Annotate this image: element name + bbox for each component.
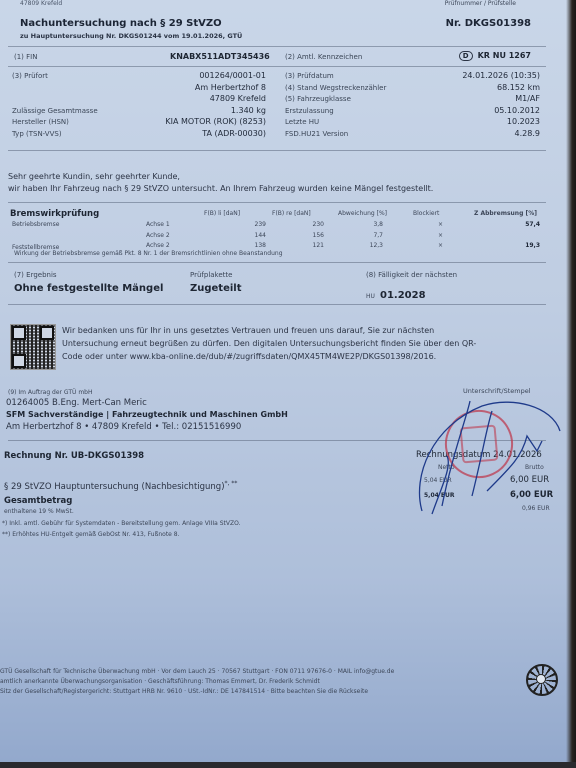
header-partial-right: Prüfnummer / Prüfstelle — [445, 0, 516, 7]
total-brutto: 6,00 EUR — [510, 490, 553, 500]
brake-cell-left: 239 — [255, 221, 266, 228]
examiner-authority: (9) Im Auftrag der GTÜ mbH — [8, 389, 93, 396]
document-number: Nr. DKGS01398 — [446, 18, 531, 29]
footnote-marks: *, ** — [225, 480, 238, 487]
vehicle-detail-label: Erstzulassung — [285, 107, 334, 115]
brake-cell-right: 156 — [313, 232, 324, 239]
document-title: Nachuntersuchung nach § 29 StVZO — [20, 18, 222, 29]
brake-cell-right: 230 — [313, 221, 324, 228]
vehicle-detail-label: (3) Prüfdatum — [285, 72, 334, 80]
total-netto: 5,04 EUR — [424, 492, 454, 499]
examiner-address: Am Herbertzhof 8 • 47809 Krefeld • Tel.:… — [6, 422, 241, 432]
qr-code-icon[interactable] — [10, 324, 56, 370]
brake-column-header: Abweichung [%] — [338, 210, 387, 217]
thanks-line-2: Untersuchung erneut begrüßen zu dürfen. … — [62, 337, 476, 350]
photo-edge-bottom — [0, 762, 576, 768]
thanks-line-3: Code oder unter www.kba-online.de/dub/#/… — [62, 350, 436, 363]
vehicle-detail-value: KIA MOTOR (ROK) (8253) — [165, 117, 266, 126]
header-partial-address: 47809 Krefeld — [20, 0, 62, 7]
vehicle-detail-value: 47809 Krefeld — [210, 94, 266, 103]
vehicle-detail-value: 05.10.2012 — [494, 106, 540, 115]
brake-column-header: F(B) li [daN] — [204, 210, 240, 217]
country-code-badge: D — [459, 51, 473, 61]
examiner-company: SFM Sachverständige | Fahrzeugtechnik un… — [6, 410, 288, 419]
vehicle-detail-label: Typ (TSN-VVS) — [12, 130, 62, 138]
document-subtitle: zu Hauptuntersuchung Nr. DKGS01244 vom 1… — [20, 32, 242, 40]
due-prefix: HU — [366, 293, 375, 300]
brake-cell-deviation: 12,3 — [370, 242, 383, 249]
brake-type: Betriebsbremse — [12, 221, 59, 228]
due-label: (8) Fälligkeit der nächsten — [366, 271, 457, 279]
brake-cell-z: 19,3 — [525, 242, 540, 249]
brake-test-title: Bremswirkprüfung — [10, 209, 99, 219]
vehicle-detail-value: Am Herbertzhof 8 — [195, 83, 266, 92]
brake-cell-left: 144 — [255, 232, 266, 239]
brake-axle: Achse 1 — [146, 221, 170, 228]
vehicle-detail-value: 001264/0001-01 — [199, 71, 266, 80]
vehicle-detail-value: 24.01.2026 (10:35) — [462, 71, 540, 80]
vehicle-detail-value: 1.340 kg — [231, 106, 266, 115]
fin-label: (1) FIN — [14, 53, 37, 61]
brake-cell-blocked: × — [438, 232, 443, 239]
brake-cell-z: 57,4 — [525, 221, 540, 228]
brake-cell-right: 121 — [313, 242, 324, 249]
divider — [8, 202, 546, 203]
gtue-wheel-logo-icon — [526, 664, 558, 696]
brake-column-header: F(B) re [daN] — [272, 210, 311, 217]
brake-cell-blocked: × — [438, 221, 443, 228]
invoice-number: Rechnung Nr. UB-DKGS01398 — [4, 451, 144, 461]
license-plate: DKR NU 1267 — [459, 51, 531, 61]
brake-axle: Achse 2 — [146, 232, 170, 239]
sticker-label: Prüfplakette — [190, 271, 232, 279]
footnote-1: *) Inkl. amtl. Gebühr für Systemdaten - … — [2, 520, 241, 527]
vehicle-detail-label: Hersteller (HSN) — [12, 118, 69, 126]
vehicle-detail-label: Zulässige Gesamtmasse — [12, 107, 98, 115]
brake-test-note: Wirkung der Betriebsbremse gemäß Pkt. 8 … — [14, 250, 283, 257]
footnote-2: **) Erhöhtes HU-Entgelt gemäß GebOst Nr.… — [2, 531, 180, 538]
brake-column-header: Z Abbremsung [%] — [474, 210, 537, 217]
vat-label: enthaltene 19 % MwSt. — [4, 508, 74, 515]
divider — [8, 46, 546, 47]
greeting-line-2: wir haben Ihr Fahrzeug nach § 29 StVZO u… — [8, 182, 433, 195]
vehicle-detail-value: 10.2023 — [507, 117, 540, 126]
vehicle-detail-label: FSD.HU21 Version — [285, 130, 348, 138]
vehicle-detail-value: M1/AF — [515, 94, 540, 103]
footer-line-2: amtlich anerkannte Überwachungsorganisat… — [0, 678, 320, 685]
next-inspection-due: HU 01.2028 — [366, 283, 426, 302]
due-value: 01.2028 — [380, 290, 426, 301]
vehicle-detail-value: 68.152 km — [497, 83, 540, 92]
footer-line-3: Sitz der Gesellschaft/Registergericht: S… — [0, 688, 368, 695]
plate-value: KR NU 1267 — [478, 51, 531, 60]
divider — [8, 150, 546, 151]
invoice-item-label: § 29 StVZO Hauptuntersuchung (Nachbesich… — [4, 482, 225, 492]
vehicle-detail-value: TA (ADR-00030) — [202, 129, 266, 138]
thanks-line-1: Wir bedanken uns für Ihr in uns gesetzte… — [62, 324, 434, 337]
photo-edge-shadow — [566, 0, 576, 768]
invoice-item: § 29 StVZO Hauptuntersuchung (Nachbesich… — [4, 480, 237, 492]
item-netto: 5,04 EUR — [424, 477, 452, 484]
vehicle-detail-value: 4.28.9 — [515, 129, 540, 138]
divider — [8, 262, 546, 263]
signature-label: Unterschrift/Stempel — [463, 387, 531, 395]
fin-value: KNABX511ADT345436 — [170, 52, 270, 61]
total-label: Gesamtbetrag — [4, 496, 72, 506]
vat-value: 0,96 EUR — [522, 505, 550, 512]
vehicle-detail-label: Letzte HU — [285, 118, 319, 126]
brake-cell-blocked: × — [438, 242, 443, 249]
brake-cell-deviation: 3,8 — [373, 221, 383, 228]
vehicle-detail-label: (4) Stand Wegstreckenzähler — [285, 84, 386, 92]
divider — [8, 304, 546, 305]
brake-column-header: Blockiert — [413, 210, 439, 217]
sticker-value: Zugeteilt — [190, 283, 242, 294]
divider — [8, 66, 546, 67]
vehicle-detail-label: (5) Fahrzeugklasse — [285, 95, 351, 103]
vehicle-detail-label: (3) Prüfort — [12, 72, 48, 80]
brake-cell-left: 138 — [255, 242, 266, 249]
brake-cell-deviation: 7,7 — [373, 232, 383, 239]
brutto-header: Brutto — [525, 464, 544, 471]
result-label: (7) Ergebnis — [14, 271, 57, 279]
item-brutto: 6,00 EUR — [510, 475, 549, 485]
plate-label: (2) Amtl. Kennzeichen — [285, 53, 362, 61]
result-value: Ohne festgestellte Mängel — [14, 283, 163, 294]
examiner-name: 01264005 B.Eng. Mert-Can Meric — [6, 398, 147, 408]
footer-line-1: GTÜ Gesellschaft für Technische Überwach… — [0, 668, 394, 675]
brake-axle: Achse 2 — [146, 242, 170, 249]
